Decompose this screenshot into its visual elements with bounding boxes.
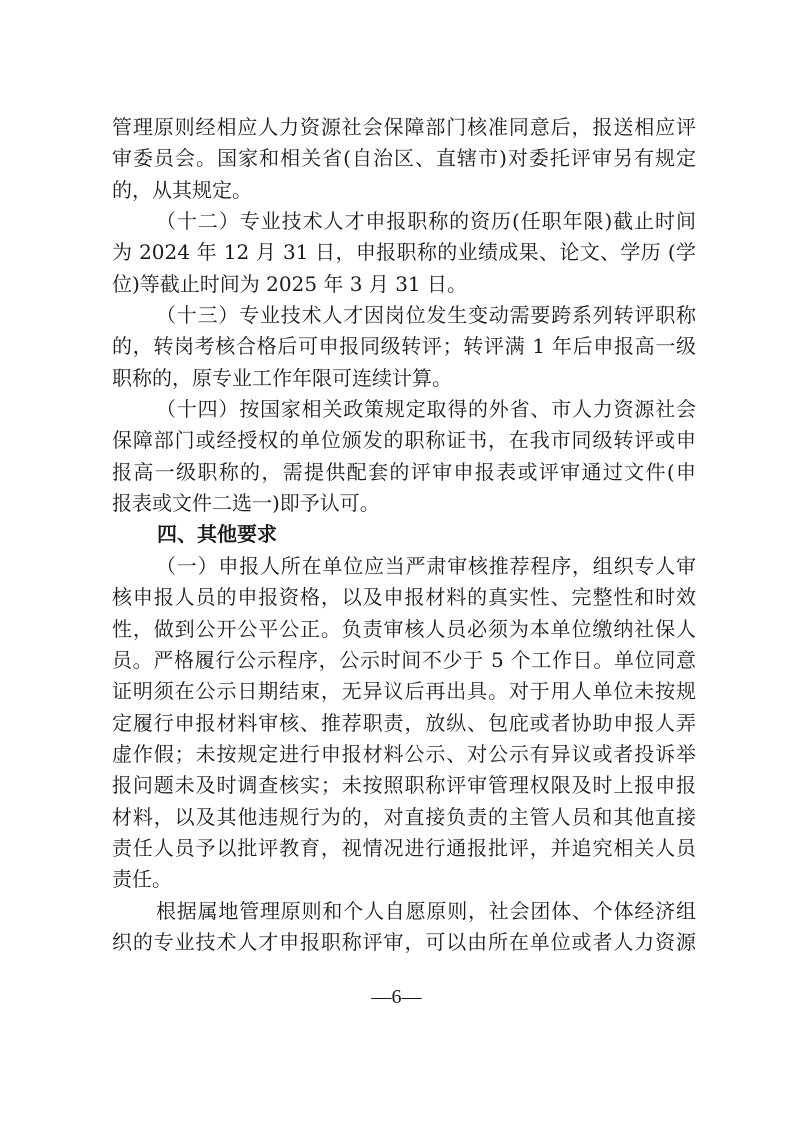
text-line: 报高一级职称的，需提供配套的评审申报表或评审通过文件(申 (112, 457, 696, 488)
paragraph-12-start: （十二）专业技术人才申报职称的资历(任职年限)截止时间 (112, 206, 696, 237)
page-number: —6— (0, 984, 793, 1010)
text-line: 位)等截止时间为 2025 年 3 月 31 日。 (112, 269, 696, 300)
text-line: 证明须在公示日期结束，无异议后再出具。对于用人单位未按规 (112, 676, 696, 707)
text-line: 报问题未及时调查核实；未按照职称评审管理权限及时上报申报 (112, 770, 696, 801)
text-line: 虚作假；未按规定进行申报材料公示、对公示有异议或者投诉举 (112, 739, 696, 770)
paragraph-13-start: （十三）专业技术人才因岗位发生变动需要跨系列转评职称 (112, 300, 696, 331)
document-page: 管理原则经相应人力资源社会保障部门核准同意后，报送相应评 审委员会。国家和相关省… (0, 0, 793, 1121)
text-line: 材料，以及其他违规行为的，对直接负责的主管人员和其他直接 (112, 802, 696, 833)
text-line: 员。严格履行公示程序，公示时间不少于 5 个工作日。单位同意 (112, 645, 696, 676)
text-line: 织的专业技术人才申报职称评审，可以由所在单位或者人力资源 (112, 927, 696, 958)
text-line: 的，转岗考核合格后可申报同级转评；转评满 1 年后申报高一级 (112, 331, 696, 362)
text-line: 责任人员予以批评教育，视情况进行通报批评，并追究相关人员 (112, 833, 696, 864)
document-body: 管理原则经相应人力资源社会保障部门核准同意后，报送相应评 审委员会。国家和相关省… (112, 112, 696, 958)
text-line: 责任。 (112, 864, 696, 895)
paragraph-14-start: （十四）按国家相关政策规定取得的外省、市人力资源社会 (112, 394, 696, 425)
text-line: 管理原则经相应人力资源社会保障部门核准同意后，报送相应评 (112, 112, 696, 143)
text-line: 为 2024 年 12 月 31 日，申报职称的业绩成果、论文、学历 (学 (112, 237, 696, 268)
text-line: 职称的，原专业工作年限可连续计算。 (112, 363, 696, 394)
text-line: 定履行申报材料审核、推荐职责，放纵、包庇或者协助申报人弄 (112, 708, 696, 739)
text-line: 审委员会。国家和相关省(自治区、直辖市)对委托评审另有规定 (112, 143, 696, 174)
paragraph-territorial-start: 根据属地管理原则和个人自愿原则，社会团体、个体经济组 (112, 896, 696, 927)
text-line: 保障部门或经授权的单位颁发的职称证书，在我市同级转评或申 (112, 425, 696, 456)
paragraph-1-start: （一）申报人所在单位应当严肃审核推荐程序，组织专人审 (112, 551, 696, 582)
text-line: 核申报人员的申报资格，以及申报材料的真实性、完整性和时效 (112, 582, 696, 613)
text-line: 性，做到公开公平公正。负责审核人员必须为本单位缴纳社保人 (112, 614, 696, 645)
section-heading: 四、其他要求 (112, 519, 696, 550)
text-line: 报表或文件二选一)即予认可。 (112, 488, 696, 519)
text-line: 的，从其规定。 (112, 175, 696, 206)
